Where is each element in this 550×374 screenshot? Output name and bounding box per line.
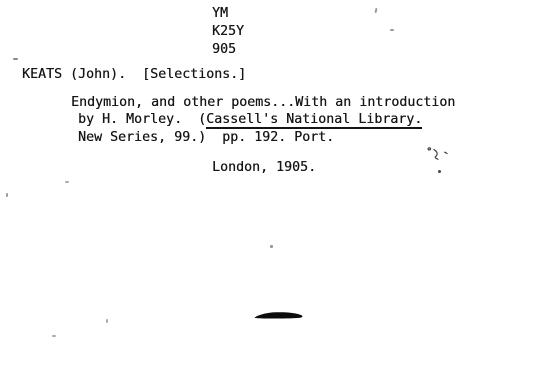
classmark-line-3: 905 [212, 41, 244, 59]
scan-speck [106, 319, 108, 323]
pencil-dot-mark [438, 170, 441, 173]
pencil-squiggle-mark [427, 145, 449, 163]
scan-speck [13, 58, 18, 60]
classmark-line-2: K25Y [212, 23, 244, 41]
series-title-underlined: Cassell's National Library. [206, 112, 422, 129]
title-line-2-prefix: by H. Morley. ( [78, 112, 206, 127]
scan-speck [390, 29, 394, 31]
title-line-2: by H. Morley. (Cassell's National Librar… [78, 112, 422, 128]
ink-smudge-mark [254, 311, 304, 320]
scan-speck [65, 181, 69, 183]
scan-speck [270, 245, 273, 248]
classmark-line-1: YM [212, 5, 244, 23]
scan-speck [52, 335, 56, 337]
scan-speck [6, 193, 8, 197]
catalog-card: YM K25Y 905 KEATS (John). [Selections.] … [0, 0, 550, 374]
scan-speck [375, 8, 378, 13]
author-heading: KEATS (John). [Selections.] [22, 67, 246, 83]
title-line-1: Endymion, and other poems...With an intr… [71, 95, 455, 111]
imprint-line: London, 1905. [212, 160, 316, 176]
classmark-block: YM K25Y 905 [212, 5, 244, 58]
title-line-3: New Series, 99.) pp. 192. Port. [78, 130, 334, 146]
